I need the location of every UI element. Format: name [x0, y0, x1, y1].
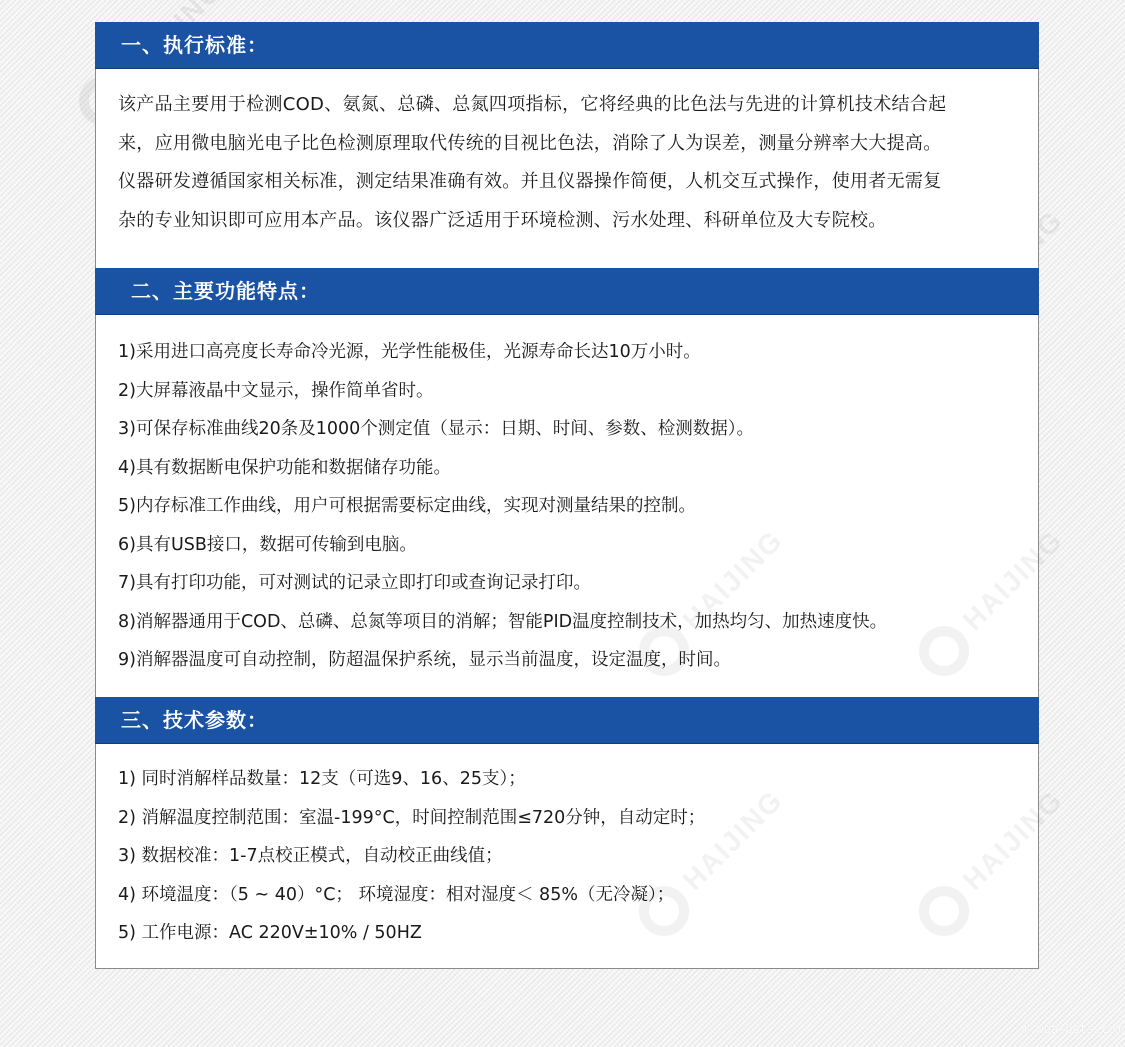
list-item: 3)可保存标准曲线20条及1000个测定值（显示：日期、时间、参数、检测数据）。 — [118, 410, 1028, 449]
section-title: 二、主要功能特点： — [131, 268, 320, 314]
paragraph-line: 来，应用微电脑光电子比色检测原理取代传统的目视比色法，消除了人为误差，测量分辨率… — [118, 125, 1020, 164]
features-list: 1)采用进口高亮度长寿命冷光源，光学性能极佳，光源寿命长达10万小时。 2)大屏… — [118, 333, 1028, 680]
list-item: 7)具有打印功能，可对测试的记录立即打印或查询记录打印。 — [118, 564, 1028, 603]
list-item: 1)采用进口高亮度长寿命冷光源，光学性能极佳，光源寿命长达10万小时。 — [118, 333, 1028, 372]
list-item: 4) 环境温度：（5 ~ 40）°C； 环境湿度：相对湿度＜ 85%（无冷凝）； — [118, 876, 1028, 915]
list-item: 5)内存标准工作曲线，用户可根据需要标定曲线，实现对测量结果的控制。 — [118, 487, 1028, 526]
paragraph-line: 杂的专业知识即可应用本产品。该仪器广泛适用于环境检测、污水处理、科研单位及大专院… — [118, 202, 1020, 241]
list-item: 5) 工作电源：AC 220V±10% / 50HZ — [118, 914, 1028, 953]
paragraph-line: 仪器研发遵循国家相关标准，测定结果准确有效。并且仪器操作简便，人机交互式操作，使… — [118, 163, 1020, 202]
section-title: 一、执行标准： — [121, 22, 268, 68]
section-header-features: 二、主要功能特点： — [95, 268, 1039, 315]
site-watermark-text: m.woa-bots.com — [1022, 1022, 1123, 1036]
list-item: 4)具有数据断电保护功能和数据储存功能。 — [118, 449, 1028, 488]
spec-panel: 一、执行标准： 该产品主要用于检测COD、氨氮、总磷、总氮四项指标，它将经典的比… — [95, 22, 1039, 969]
list-item: 1) 同时消解样品数量：12支（可选9、16、25支）； — [118, 760, 1028, 799]
list-item: 2) 消解温度控制范围：室温-199°C，时间控制范围≤720分钟，自动定时； — [118, 799, 1028, 838]
list-item: 8)消解器通用于COD、总磷、总氮等项目的消解；智能PID温度控制技术，加热均匀… — [118, 603, 1028, 642]
list-item: 9)消解器温度可自动控制，防超温保护系统，显示当前温度，设定温度，时间。 — [118, 641, 1028, 680]
section-header-tech-params: 三、技术参数： — [95, 697, 1039, 744]
tech-params-list: 1) 同时消解样品数量：12支（可选9、16、25支）； 2) 消解温度控制范围… — [118, 760, 1028, 953]
section-header-standards: 一、执行标准： — [95, 22, 1039, 69]
list-item: 6)具有USB接口，数据可传输到电脑。 — [118, 526, 1028, 565]
list-item: 2)大屏幕液晶中文显示，操作简单省时。 — [118, 372, 1028, 411]
section-title: 三、技术参数： — [121, 697, 268, 743]
standards-paragraph: 该产品主要用于检测COD、氨氮、总磷、总氮四项指标，它将经典的比色法与先进的计算… — [118, 86, 1020, 240]
paragraph-line: 该产品主要用于检测COD、氨氮、总磷、总氮四项指标，它将经典的比色法与先进的计算… — [118, 86, 1020, 125]
list-item: 3) 数据校准：1-7点校正模式，自动校正曲线值； — [118, 837, 1028, 876]
